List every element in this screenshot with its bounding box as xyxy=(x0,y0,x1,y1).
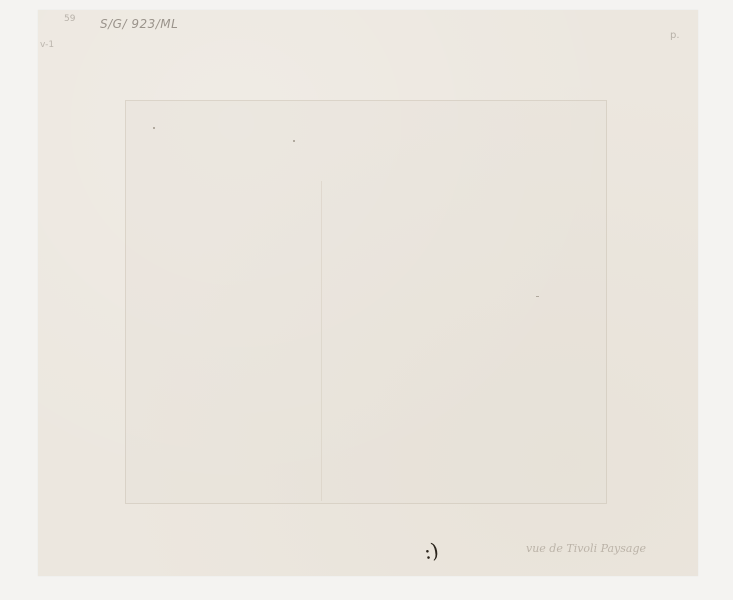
speck xyxy=(293,140,295,142)
pencil-corner-mark: p. xyxy=(670,30,680,41)
plate-fold-line xyxy=(321,181,322,501)
pencil-small-number: 59 xyxy=(64,14,75,24)
ink-mark: :) xyxy=(422,538,440,564)
paper-sheet: 59 S/G/ 923/ML v-1 p. :) vue de Tivoli P… xyxy=(38,10,698,576)
speck xyxy=(153,127,155,129)
pencil-inventory-number: S/G/ 923/ML xyxy=(100,17,178,31)
pencil-caption: vue de Tivoli Paysage xyxy=(526,542,646,555)
pencil-side-mark: v-1 xyxy=(40,40,54,50)
speck xyxy=(536,296,539,297)
platemark xyxy=(125,100,607,504)
